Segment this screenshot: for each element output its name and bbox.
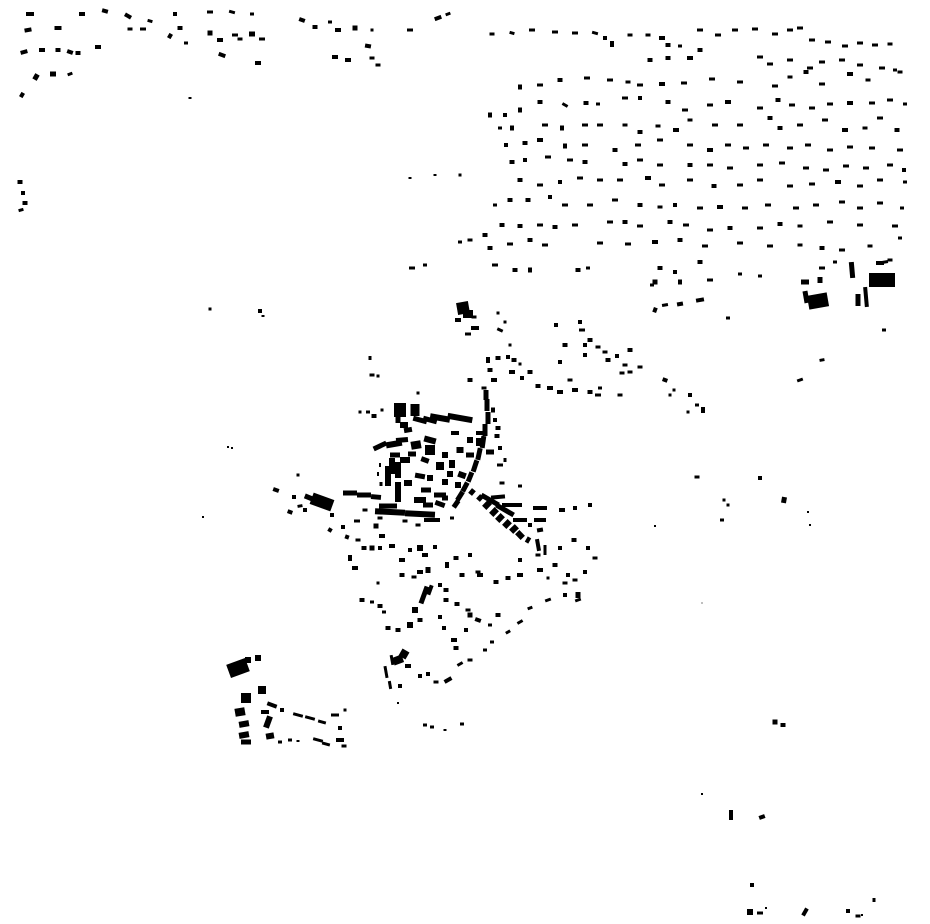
building-footprint [338, 726, 342, 730]
building-footprint [650, 284, 654, 287]
building-footprint [797, 27, 803, 30]
building-footprint [709, 78, 715, 81]
building-footprint [813, 204, 819, 207]
building-footprint [371, 29, 374, 32]
building-footprint [637, 84, 643, 87]
building-footprint [768, 116, 773, 120]
building-footprint [687, 179, 693, 182]
building-footprint [488, 624, 492, 627]
building-footprint [658, 206, 663, 209]
building-footprint [678, 238, 683, 242]
building-footprint [500, 482, 505, 485]
building-footprint [584, 77, 590, 80]
building-footprint [872, 44, 878, 47]
building-footprint [683, 224, 689, 227]
building-footprint [451, 431, 459, 435]
building-footprint [486, 412, 491, 424]
building-footprint [847, 146, 853, 149]
building-footprint [241, 740, 251, 745]
building-footprint [421, 488, 431, 493]
building-footprint [558, 360, 562, 364]
building-footprint [763, 144, 769, 147]
building-footprint [596, 346, 601, 349]
building-footprint [370, 546, 375, 551]
building-footprint [576, 592, 581, 598]
building-footprint [702, 245, 708, 248]
building-footprint [483, 649, 487, 652]
building-footprint [528, 268, 532, 273]
building-footprint [513, 518, 527, 522]
building-footprint [234, 707, 245, 717]
building-footprint [825, 41, 831, 44]
building-footprint [638, 203, 643, 207]
building-footprint [742, 207, 748, 210]
building-footprint [572, 388, 578, 392]
building-footprint [407, 29, 413, 32]
building-footprint [833, 261, 837, 264]
building-footprint [518, 224, 523, 228]
building-footprint [26, 12, 34, 16]
building-footprint [793, 207, 799, 210]
building-footprint [732, 29, 738, 32]
building-footprint [563, 593, 567, 597]
building-footprint [876, 261, 884, 265]
building-footprint [725, 100, 731, 104]
building-footprint [697, 207, 703, 210]
building-footprint [803, 167, 809, 170]
building-footprint [422, 553, 428, 557]
building-footprint [366, 411, 370, 414]
building-footprint [809, 107, 815, 110]
building-footprint [779, 162, 785, 165]
building-footprint [688, 393, 692, 397]
building-footprint [765, 204, 771, 207]
building-footprint [341, 525, 345, 529]
building-footprint [726, 317, 730, 320]
building-footprint [628, 348, 633, 352]
building-footprint [697, 29, 703, 32]
building-footprint [727, 167, 733, 170]
building-footprint [376, 64, 381, 67]
building-footprint [856, 915, 861, 918]
building-footprint [682, 109, 688, 112]
building-footprint [518, 558, 522, 562]
building-footprint [698, 48, 703, 52]
building-footprint [371, 494, 381, 500]
building-footprint [637, 225, 643, 228]
building-footprint [504, 458, 507, 462]
building-footprint [423, 264, 427, 267]
building-footprint [390, 453, 400, 458]
building-footprint [558, 546, 562, 550]
building-footprint [787, 59, 793, 62]
building-footprint [603, 36, 607, 40]
building-footprint [436, 462, 444, 470]
building-footprint [819, 83, 825, 86]
building-footprint [737, 81, 743, 84]
building-footprint [410, 440, 421, 450]
building-footprint [587, 204, 593, 207]
building-footprint [801, 280, 809, 285]
building-footprint [623, 124, 628, 127]
building-footprint [707, 148, 713, 152]
building-footprint [843, 165, 849, 168]
building-footprint [56, 48, 61, 52]
building-footprint [819, 61, 825, 64]
building-footprint [465, 333, 471, 336]
building-footprint [360, 598, 365, 602]
building-footprint [897, 149, 903, 152]
building-footprint [345, 58, 351, 62]
building-footprint [372, 414, 377, 418]
building-footprint [395, 482, 401, 502]
building-footprint [687, 56, 693, 60]
building-footprint [656, 125, 661, 128]
building-footprint [455, 482, 461, 488]
building-footprint [725, 144, 731, 147]
building-footprint [451, 638, 457, 642]
building-footprint [468, 239, 473, 242]
building-footprint [509, 344, 512, 347]
building-footprint [552, 31, 558, 34]
building-footprint [857, 207, 863, 210]
building-footprint [673, 270, 677, 274]
building-footprint [468, 659, 473, 662]
building-footprint [370, 57, 375, 60]
building-footprint [807, 511, 809, 513]
building-footprint [412, 576, 417, 579]
building-footprint [892, 225, 898, 228]
building-footprint [839, 59, 845, 62]
building-footprint [577, 177, 583, 180]
building-footprint [485, 399, 490, 411]
building-footprint [352, 566, 358, 570]
building-footprint [809, 183, 815, 186]
building-footprint [395, 462, 401, 478]
building-footprint [669, 394, 672, 397]
building-footprint [579, 329, 585, 332]
building-footprint [209, 308, 212, 311]
building-footprint [857, 185, 863, 188]
building-footprint [583, 343, 587, 347]
building-footprint [455, 318, 461, 322]
building-footprint [202, 516, 204, 518]
building-footprint [232, 34, 238, 37]
building-footprint [542, 124, 548, 127]
building-footprint [839, 201, 845, 204]
building-footprint [846, 909, 850, 913]
building-footprint [208, 31, 213, 36]
building-footprint [615, 354, 619, 358]
building-footprint [673, 389, 676, 392]
building-footprint [618, 394, 623, 397]
building-footprint [902, 168, 906, 172]
building-footprint [529, 29, 535, 32]
building-footprint [701, 407, 705, 413]
building-footprint [217, 38, 223, 42]
building-footprint [789, 104, 795, 107]
building-footprint [411, 404, 420, 416]
building-footprint [610, 41, 614, 47]
building-footprint [313, 25, 318, 29]
building-footprint [819, 267, 825, 270]
building-footprint [695, 404, 699, 407]
building-footprint [586, 267, 590, 270]
building-footprint [490, 33, 495, 36]
building-footprint [688, 163, 693, 167]
building-footprint [353, 26, 358, 31]
building-footprint [603, 351, 608, 354]
building-footprint [869, 102, 875, 105]
building-footprint [259, 38, 265, 41]
building-footprint [903, 103, 907, 106]
building-footprint [595, 394, 601, 397]
building-footprint [597, 242, 603, 245]
building-footprint [342, 745, 347, 748]
building-footprint [258, 309, 262, 313]
figure-ground-map [0, 0, 930, 924]
building-footprint [484, 390, 489, 400]
building-footprint [773, 720, 778, 725]
building-footprint [765, 907, 767, 909]
building-footprint [377, 375, 380, 378]
building-footprint [835, 180, 841, 184]
building-footprint [79, 12, 85, 16]
building-footprint [866, 79, 871, 82]
building-footprint [379, 463, 381, 467]
building-footprint [822, 119, 828, 122]
building-footprint [612, 199, 618, 202]
building-footprint [455, 602, 460, 606]
building-footprint [750, 883, 754, 887]
building-footprint [563, 144, 567, 149]
building-footprint [757, 179, 763, 182]
building-footprint [400, 573, 405, 577]
building-footprint [869, 273, 895, 287]
building-footprint [438, 615, 442, 619]
building-footprint [417, 545, 423, 551]
building-footprint [468, 378, 473, 382]
building-footprint [873, 898, 876, 902]
building-footprint [506, 576, 511, 580]
building-footprint [547, 577, 550, 580]
building-footprint [877, 117, 883, 120]
building-footprint [758, 476, 762, 480]
building-footprint [482, 387, 487, 390]
building-footprint [450, 517, 454, 520]
building-footprint [504, 143, 508, 147]
building-footprint [895, 128, 900, 132]
building-footprint [486, 357, 490, 363]
building-footprint [687, 144, 693, 147]
building-footprint [502, 503, 522, 507]
building-footprint [842, 45, 848, 48]
building-footprint [558, 180, 562, 184]
building-footprint [407, 622, 413, 628]
building-footprint [496, 426, 501, 430]
building-footprint [887, 99, 893, 102]
building-footprint [483, 233, 488, 237]
building-footprint [737, 184, 743, 187]
building-footprint [804, 70, 809, 74]
building-footprint [537, 224, 543, 227]
building-footprint [526, 198, 531, 202]
building-footprint [668, 220, 673, 224]
building-footprint [638, 130, 643, 134]
building-footprint [757, 227, 763, 230]
building-footprint [512, 358, 517, 362]
building-footprint [572, 224, 578, 227]
building-footprint [857, 224, 863, 227]
building-footprint [887, 164, 893, 167]
building-footprint [528, 523, 532, 527]
building-footprint [398, 684, 402, 688]
building-footprint [578, 320, 582, 324]
building-footprint [297, 474, 300, 477]
building-footprint [510, 160, 515, 164]
building-footprint [687, 411, 690, 414]
building-footprint [496, 356, 501, 360]
building-footprint [827, 221, 833, 224]
building-footprint [557, 390, 563, 394]
building-footprint [583, 353, 587, 357]
building-footprint [447, 471, 453, 477]
building-footprint [593, 557, 598, 560]
building-footprint [637, 159, 643, 162]
building-footprint [781, 497, 787, 504]
building-footprint [424, 518, 440, 522]
building-footprint [863, 167, 869, 170]
building-footprint [861, 914, 863, 916]
building-footprint [493, 204, 497, 207]
building-footprint [842, 128, 848, 132]
building-footprint [178, 26, 183, 30]
building-footprint [400, 457, 410, 463]
building-footprint [423, 724, 427, 727]
building-footprint [458, 241, 462, 244]
building-footprint [416, 524, 421, 527]
building-footprint [622, 97, 628, 100]
building-footprint [877, 202, 883, 205]
building-footprint [707, 279, 713, 282]
building-footprint [827, 103, 833, 106]
building-footprint [544, 545, 547, 555]
building-footprint [657, 164, 663, 167]
building-footprint [797, 124, 803, 127]
building-footprint [460, 723, 464, 726]
building-footprint [258, 686, 266, 694]
building-footprint [472, 316, 477, 319]
building-footprint [707, 164, 713, 167]
building-footprint [606, 358, 611, 362]
building-footprint [868, 245, 873, 248]
building-footprint [430, 726, 434, 729]
building-footprint [738, 273, 742, 276]
building-footprint [468, 613, 473, 618]
building-footprint [385, 466, 391, 486]
building-footprint [403, 520, 408, 523]
building-footprint [509, 370, 515, 374]
building-footprint [517, 573, 523, 577]
building-footprint [454, 556, 459, 560]
building-footprint [467, 437, 473, 443]
building-footprint [563, 582, 568, 585]
building-footprint [362, 546, 367, 550]
building-footprint [207, 11, 213, 14]
building-footprint [757, 107, 763, 110]
building-footprint [839, 249, 845, 252]
building-footprint [566, 573, 570, 577]
building-footprint [805, 144, 811, 147]
building-footprint [377, 472, 379, 476]
building-footprint [847, 101, 853, 105]
building-footprint [903, 181, 907, 184]
building-footprint [720, 519, 724, 522]
building-footprint [752, 28, 758, 31]
building-footprint [553, 563, 558, 567]
building-footprint [354, 520, 360, 523]
building-footprint [757, 912, 763, 915]
building-footprint [537, 138, 543, 142]
building-footprint [537, 184, 543, 187]
building-footprint [698, 260, 703, 264]
building-footprint [778, 222, 783, 226]
building-footprint [798, 244, 803, 247]
building-footprint [626, 81, 631, 84]
building-footprint [496, 613, 501, 617]
building-footprint [772, 85, 778, 88]
building-footprint [331, 714, 339, 717]
building-footprint [737, 124, 743, 127]
building-footprint [503, 113, 507, 117]
building-footprint [717, 205, 723, 209]
building-footprint [379, 504, 397, 509]
building-footprint [533, 506, 547, 510]
building-footprint [728, 226, 733, 230]
building-footprint [380, 482, 383, 486]
building-footprint [737, 242, 743, 245]
building-footprint [681, 82, 687, 85]
building-footprint [396, 417, 401, 423]
building-footprint [518, 485, 522, 488]
building-footprint [508, 198, 513, 202]
building-footprint [879, 67, 885, 70]
building-footprint [471, 326, 479, 330]
building-footprint [344, 709, 347, 712]
building-footprint [343, 491, 357, 496]
building-footprint [76, 51, 81, 55]
building-footprint [623, 364, 628, 367]
building-footprint [788, 76, 793, 79]
building-footprint [359, 411, 362, 414]
building-footprint [486, 450, 494, 455]
building-footprint [336, 738, 344, 742]
building-footprint [723, 499, 726, 502]
building-footprint [409, 267, 415, 270]
building-footprint [573, 579, 578, 582]
building-footprint [534, 518, 546, 522]
building-footprint [628, 371, 633, 374]
building-footprint [408, 452, 416, 457]
building-footprint [399, 558, 405, 562]
building-footprint [625, 243, 631, 246]
building-footprint [506, 355, 510, 359]
building-footprint [620, 372, 625, 375]
building-footprint [297, 740, 300, 742]
building-footprint [576, 268, 581, 272]
building-footprint [869, 147, 875, 150]
building-footprint [598, 387, 602, 390]
